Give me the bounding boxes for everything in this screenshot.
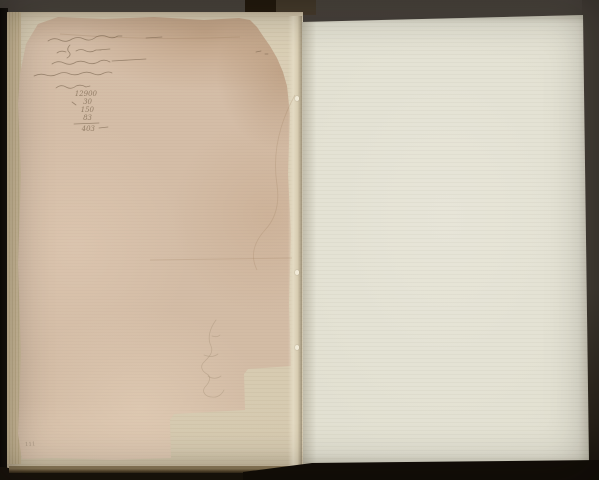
sewing-thread xyxy=(295,96,299,101)
sewing-thread xyxy=(295,345,299,350)
right-page-blank-leaf xyxy=(302,14,590,468)
book-scan: 12900 30 150 83 403 111 xyxy=(0,0,599,480)
binding-gutter xyxy=(288,16,302,467)
sewing-thread xyxy=(295,270,299,275)
